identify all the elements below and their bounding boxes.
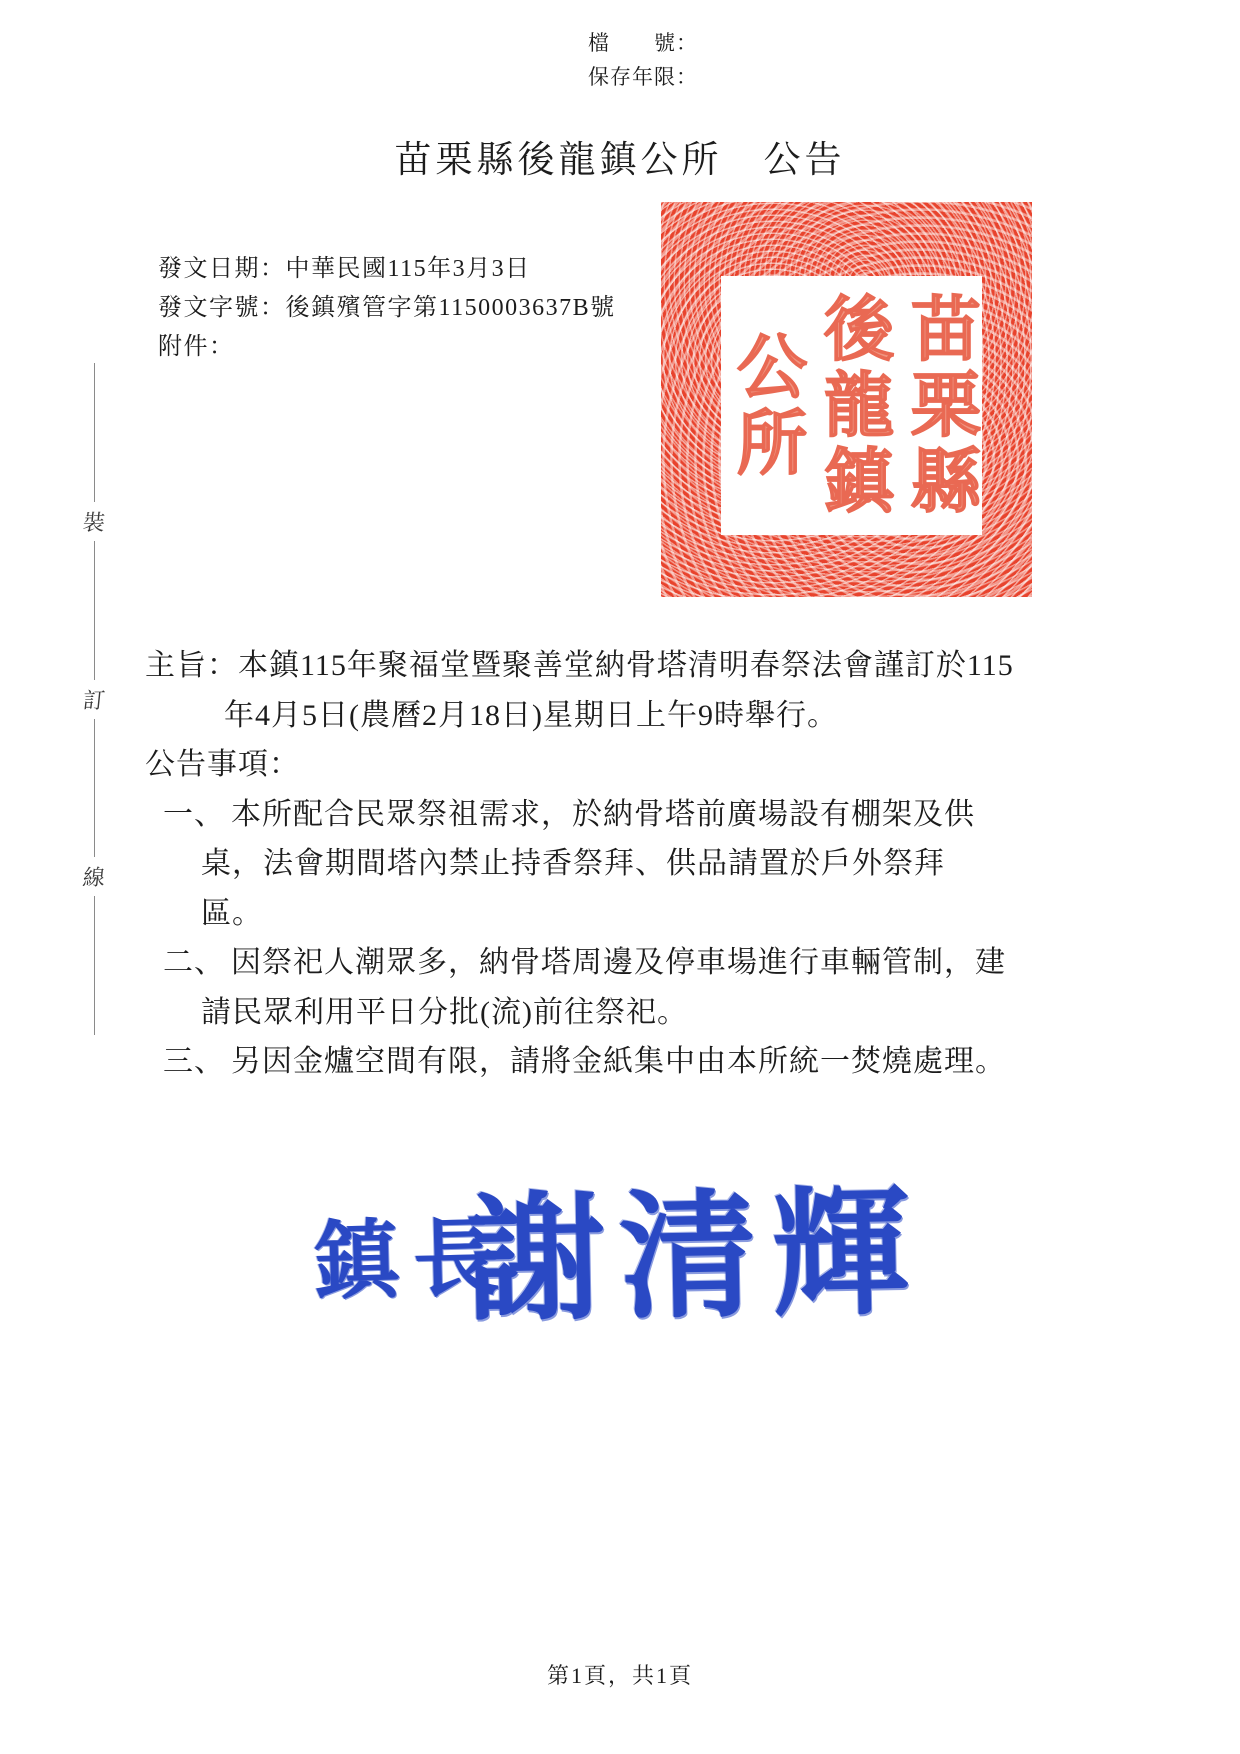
item-1-number: 一、: [163, 798, 225, 831]
binding-line-segment: [94, 541, 95, 680]
mayor-signature-stamp: 鎮長 謝清輝: [295, 1150, 935, 1320]
item-1-line-1: 一、本所配合民眾祭祖需求，於納骨塔前廣場設有棚架及供: [163, 789, 975, 833]
official-seal-stamp: 苗栗縣 後龍鎮 公所: [661, 202, 1032, 597]
issue-date: 發文日期：中華民國115年3月3日: [158, 250, 616, 289]
doc-number: 發文字號：後鎮殯管字第1150003637B號: [158, 289, 616, 328]
announcement-document: 檔 號： 保存年限： 苗栗縣後龍鎮公所 公告 發文日期：中華民國115年3月3日…: [0, 0, 1240, 1754]
binding-line-segment: [94, 719, 95, 858]
binding-line: 裝 訂 線: [83, 363, 105, 1035]
item-3-text-1: 另因金爐空間有限，請將金紙集中由本所統一焚燒處理。: [231, 1045, 1006, 1078]
subject-line-1: 主旨：本鎮115年聚福堂暨聚善堂納骨塔清明春祭法會謹訂於115: [145, 640, 1014, 684]
page-number: 第1頁，共1頁: [0, 1659, 1240, 1690]
binding-char-ding: 訂: [81, 680, 107, 719]
item-2-line-2: 請民眾利用平日分批(流)前往祭祀。: [201, 987, 688, 1031]
subject-text-1: 本鎮115年聚福堂暨聚善堂納骨塔清明春祭法會謹訂於115: [238, 649, 1014, 682]
binding-char-zhuang: 裝: [81, 502, 107, 541]
item-2-number: 二、: [163, 946, 225, 979]
item-1-line-2: 桌，法會期間塔內禁止持香祭拜、供品請置於戶外祭拜: [201, 838, 945, 882]
binding-line-segment: [94, 363, 95, 502]
seal-text-column-2: 後龍鎮: [811, 276, 893, 535]
official-seal-inner: 苗栗縣 後龍鎮 公所: [721, 276, 982, 535]
archive-block: 檔 號： 保存年限：: [588, 26, 698, 94]
binding-char-xian: 線: [81, 857, 107, 896]
item-3-number: 三、: [163, 1045, 225, 1078]
subject-line-2: 年4月5日(農曆2月18日)星期日上午9時舉行。: [224, 690, 838, 734]
item-3-line-1: 三、另因金爐空間有限，請將金紙集中由本所統一焚燒處理。: [163, 1036, 1006, 1080]
mayor-name: 謝清輝: [465, 1142, 924, 1348]
seal-text-column-3: 公所: [724, 276, 806, 535]
document-meta: 發文日期：中華民國115年3月3日 發文字號：後鎮殯管字第1150003637B…: [158, 250, 616, 367]
item-2-text-1: 因祭祀人潮眾多，納骨塔周邊及停車場進行車輛管制，建: [231, 946, 1006, 979]
retention-period-label: 保存年限：: [588, 60, 698, 94]
item-1-line-3: 區。: [201, 888, 263, 932]
attachment-label: 附件：: [158, 328, 616, 367]
archive-number-label: 檔 號：: [588, 26, 698, 60]
item-1-text-1: 本所配合民眾祭祖需求，於納骨塔前廣場設有棚架及供: [231, 798, 975, 831]
section-header: 公告事項：: [145, 739, 300, 783]
seal-text-column-1: 苗栗縣: [898, 276, 980, 535]
binding-line-segment: [94, 896, 95, 1035]
item-2-line-1: 二、因祭祀人潮眾多，納骨塔周邊及停車場進行車輛管制，建: [163, 937, 1006, 981]
page-title: 苗栗縣後龍鎮公所 公告: [0, 129, 1240, 183]
subject-label: 主旨：: [145, 649, 238, 682]
